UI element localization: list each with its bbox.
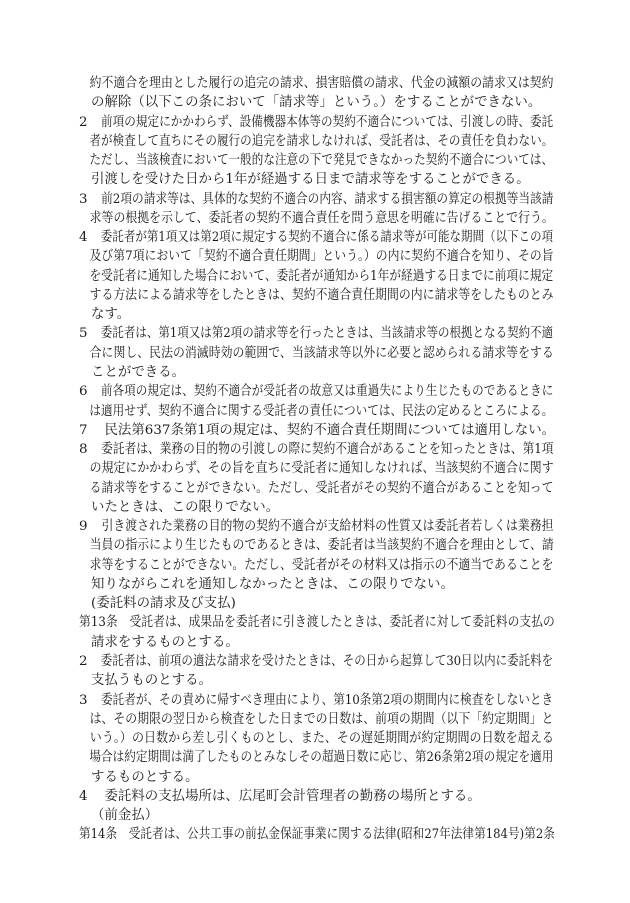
continuation-line: 場合は約定期間は満了したものとみなしその超過日数に応じ、第26条第2項の規定を適… [79, 748, 555, 767]
clause-text: 前各項の規定は、契約不適合が受託者の故意又は重過失により生じたものであるときに [79, 382, 553, 401]
caption-text: （前金払） [79, 806, 158, 825]
clause-text: 民法第637条第1項の規定は、契約不適合責任期間については適用しない。 [79, 421, 555, 440]
continuation-line: するものとする。 [79, 768, 555, 787]
clause-text: 委託者は、業務の目的物の引渡しの際に契約不適合があることを知ったときは、第1項 [79, 440, 553, 459]
line-text: 第14条 受託者は、公共工事の前払金保証事業に関する法律(昭和27年法律第184… [79, 825, 555, 844]
document-page: 約不適合を理由とした履行の追完の請求、損害賠償の請求、代金の減額の請求又は契約の… [0, 0, 630, 903]
line-text: 合に関し、民法の消滅時効の範囲で、当該請求等以外に必要と認められる請求等をする [79, 344, 554, 363]
clause-text: 委託料の支払場所は、広尾町会計管理者の勤務の場所とする。 [79, 787, 481, 806]
line-text: 及び第7項において「契約不適合責任期間」という。）の内に契約不適合を知り、その旨 [79, 247, 554, 266]
continuation-line: 引渡しを受けた日から1年が経過する日まで請求等をすることができる。 [79, 170, 555, 189]
clause-item-line: 9 引き渡された業務の目的物の契約不適合が支給材料の性質又は委託者若しくは業務担 [79, 517, 555, 536]
clause-item-line: 2 委託者は、前項の適法な請求を受けたときは、その日から起算して30日以内に委託… [79, 652, 555, 671]
line-text: の規定にかかわらず、その旨を直ちに受託者に通知しなければ、当該契約不適合に関す [79, 459, 554, 478]
continuation-line: を受託者に通知した場合において、委託者が通知から1年が経過する日までに前項に規定 [79, 267, 555, 286]
clause-text: 委託者は、前項の適法な請求を受けたときは、その日から起算して30日以内に委託料を [79, 652, 553, 671]
continuation-line: の解除（以下この条において「請求等」という。）をすることができない。 [79, 93, 555, 112]
continuation-line: 支払うものとする。 [79, 671, 555, 690]
line-text: 知りながらこれを通知しなかったときは、この限りでない。 [79, 575, 454, 594]
line-text: 引渡しを受けた日から1年が経過する日まで請求等をすることができる。 [79, 170, 530, 189]
line-text: 約不適合を理由とした履行の追完の請求、損害賠償の請求、代金の減額の請求又は契約 [79, 74, 554, 93]
clause-item-line: 2 前項の規定にかかわらず、設備機器本体等の契約不適合については、引渡しの時、委… [79, 113, 555, 132]
clause-item-line: 4 委託料の支払場所は、広尾町会計管理者の勤務の場所とする。 [79, 787, 555, 806]
continuation-line: する方法による請求等をしたときは、契約不適合責任期間の内に請求等をしたものとみ [79, 286, 555, 305]
clause-text: 前2項の請求等は、具体的な契約不適合の内容、請求する損害額の算定の根拠等当該請 [79, 190, 553, 209]
line-text: 当員の指示により生じたものであるときは、委託者は当該契約不適合を理由として、請 [79, 536, 554, 555]
continuation-line: 及び第7項において「契約不適合責任期間」という。）の内に契約不適合を知り、その旨 [79, 247, 555, 266]
continuation-line: ただし、当該検査において一般的な注意の下で発見できなかった契約不適合については、 [79, 151, 555, 170]
clause-item-line: 8 委託者は、業務の目的物の引渡しの際に契約不適合があることを知ったときは、第1… [79, 440, 555, 459]
clause-item-line: 7 民法第637条第1項の規定は、契約不適合責任期間については適用しない。 [79, 421, 555, 440]
continuation-line: は、その期限の翌日から検査をした日までの日数は、前項の期間（以下「約定期間」と [79, 710, 555, 729]
line-text: する方法による請求等をしたときは、契約不適合責任期間の内に請求等をしたものとみ [79, 286, 554, 305]
line-text: 求等をすることができない。ただし、受託者がその材料又は指示の不適当であることを [79, 556, 554, 575]
continuation-line: 合に関し、民法の消滅時効の範囲で、当該請求等以外に必要と認められる請求等をする [79, 344, 555, 363]
clause-number: 4 [79, 787, 91, 806]
clause-item-line: 6 前各項の規定は、契約不適合が受託者の故意又は重過失により生じたものであるとき… [79, 382, 555, 401]
continuation-line: なす。 [79, 305, 555, 324]
clause-item-line: 4 委託者が第1項又は第2項に規定する契約不適合に係る請求等が可能な期間（以下こ… [79, 228, 555, 247]
continuation-line: ことができる。 [79, 363, 555, 382]
continuation-line: 請求をするものとする。 [79, 633, 555, 652]
clause-item-line: 5 委託者は、第1項又は第2項の請求等を行ったときは、当該請求等の根拠となる契約… [79, 324, 555, 343]
line-text: ただし、当該検査において一般的な注意の下で発見できなかった契約不適合については、 [79, 151, 553, 170]
continuation-line: る請求等をすることができない。ただし、受託者がその契約不適合があることを知って [79, 479, 555, 498]
continuation-line: の規定にかかわらず、その旨を直ちに受託者に通知しなければ、当該契約不適合に関す [79, 459, 555, 478]
continuation-line: 者が検査して直ちにその履行の追完を請求しなければ、受託者は、その責任を負わない。 [79, 132, 555, 151]
document-body: 約不適合を理由とした履行の追完の請求、損害賠償の請求、代金の減額の請求又は契約の… [79, 74, 555, 845]
continuation-line: 約不適合を理由とした履行の追完の請求、損害賠償の請求、代金の減額の請求又は契約 [79, 74, 555, 93]
clause-text: 前項の規定にかかわらず、設備機器本体等の契約不適合については、引渡しの時、委託 [79, 113, 553, 132]
clause-item-line: 3 前2項の請求等は、具体的な契約不適合の内容、請求する損害額の算定の根拠等当該… [79, 190, 555, 209]
clause-item-line: 3 委託者が、その責めに帰すべき理由により、第10条第2項の期間内に検査をしない… [79, 691, 555, 710]
continuation-line: 求等をすることができない。ただし、受託者がその材料又は指示の不適当であることを [79, 556, 555, 575]
continuation-line: は適用せず、契約不適合に関する受託者の責任については、民法の定めるところによる。 [79, 402, 555, 421]
clause-text: 委託者は、第1項又は第2項の請求等を行ったときは、当該請求等の根拠となる契約不適 [79, 324, 553, 343]
clause-text: 委託者が、その責めに帰すべき理由により、第10条第2項の期間内に検査をしないとき [79, 691, 553, 710]
line-text: は、その期限の翌日から検査をした日までの日数は、前項の期間（以下「約定期間」と [79, 710, 554, 729]
line-text: いう。）の日数から差し引くものとし、また、その遅延期間が約定期間の日数を超える [79, 729, 554, 748]
line-text: る請求等をすることができない。ただし、受託者がその契約不適合があることを知って [79, 479, 554, 498]
line-text: するものとする。 [79, 768, 199, 787]
line-text: ことができる。 [79, 363, 185, 382]
continuation-line: 求等の根拠を示して、委託者の契約不適合責任を問う意思を明確に告げることで行う。 [79, 209, 555, 228]
continuation-line: 当員の指示により生じたものであるときは、委託者は当該契約不適合を理由として、請 [79, 536, 555, 555]
line-text: いたときは、この限りでない。 [79, 498, 279, 517]
article-caption: (委託料の請求及び支払) [79, 594, 555, 613]
caption-text: (委託料の請求及び支払) [79, 594, 236, 613]
line-text: の解除（以下この条において「請求等」という。）をすることができない。 [79, 93, 541, 112]
article-heading-line: 第13条 受託者は、成果品を委託者に引き渡したときは、委託者に対して委託料の支払… [79, 613, 555, 632]
clause-text: 引き渡された業務の目的物の契約不適合が支給材料の性質又は委託者若しくは業務担 [79, 517, 554, 536]
continuation-line: いたときは、この限りでない。 [79, 498, 555, 517]
line-text: 請求をするものとする。 [79, 633, 239, 652]
line-text: 求等の根拠を示して、委託者の契約不適合責任を問う意思を明確に告げることで行う。 [79, 209, 554, 228]
line-text: 支払うものとする。 [79, 671, 212, 690]
line-text: なす。 [79, 305, 130, 324]
line-text: を受託者に通知した場合において、委託者が通知から1年が経過する日までに前項に規定 [79, 267, 553, 286]
clause-text: 委託者が第1項又は第2項に規定する契約不適合に係る請求等が可能な期間（以下この項 [79, 228, 553, 247]
continuation-line: 知りながらこれを通知しなかったときは、この限りでない。 [79, 575, 555, 594]
article-caption: （前金払） [79, 806, 555, 825]
article-heading-line: 第14条 受託者は、公共工事の前払金保証事業に関する法律(昭和27年法律第184… [79, 825, 555, 844]
line-text: は適用せず、契約不適合に関する受託者の責任については、民法の定めるところによる。 [79, 402, 553, 421]
line-text: 場合は約定期間は満了したものとみなしその超過日数に応じ、第26条第2項の規定を適… [79, 748, 553, 767]
line-text: 第13条 受託者は、成果品を委託者に引き渡したときは、委託者に対して委託料の支払… [79, 613, 555, 632]
line-text: 者が検査して直ちにその履行の追完を請求しなければ、受託者は、その責任を負わない。 [79, 132, 553, 151]
continuation-line: いう。）の日数から差し引くものとし、また、その遅延期間が約定期間の日数を超える [79, 729, 555, 748]
